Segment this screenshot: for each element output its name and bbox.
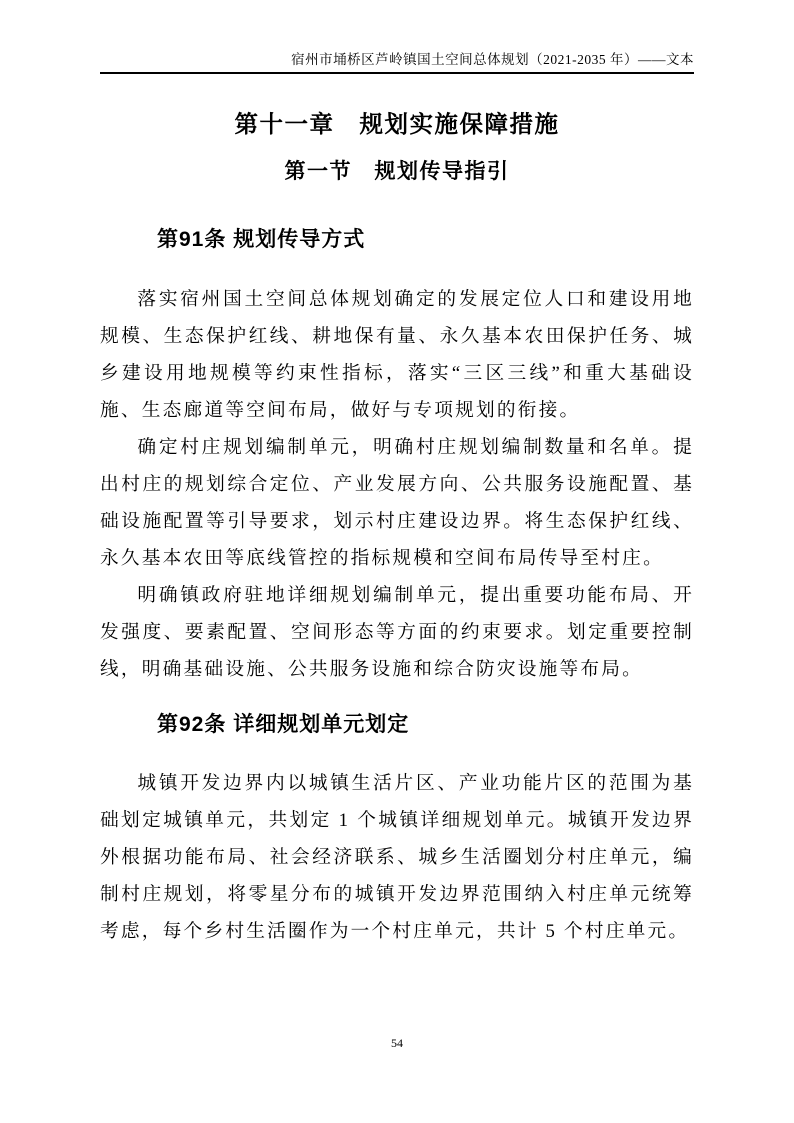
document-page: 宿州市埇桥区芦岭镇国土空间总体规划（2021-2035 年）——文本 第十一章 …	[0, 0, 794, 1123]
article-91-paragraph-1: 落实宿州国土空间总体规划确定的发展定位人口和建设用地规模、生态保护红线、耕地保有…	[100, 281, 694, 429]
article-91-body: 落实宿州国土空间总体规划确定的发展定位人口和建设用地规模、生态保护红线、耕地保有…	[100, 281, 694, 688]
article-92-body: 城镇开发边界内以城镇生活片区、产业功能片区的范围为基础划定城镇单元，共划定 1 …	[100, 765, 694, 950]
article-92-paragraph-1: 城镇开发边界内以城镇生活片区、产业功能片区的范围为基础划定城镇单元，共划定 1 …	[100, 765, 694, 950]
section-title: 第一节 规划传导指引	[0, 159, 794, 184]
article-91-paragraph-2: 确定村庄规划编制单元，明确村庄规划编制数量和名单。提出村庄的规划综合定位、产业发…	[100, 429, 694, 577]
page-header: 宿州市埇桥区芦岭镇国土空间总体规划（2021-2035 年）——文本	[100, 0, 694, 74]
page-number: 54	[0, 1036, 794, 1051]
chapter-title: 第十一章 规划实施保障措施	[0, 110, 794, 138]
article-92-heading: 第92条 详细规划单元划定	[100, 712, 694, 737]
article-91-paragraph-3: 明确镇政府驻地详细规划编制单元，提出重要功能布局、开发强度、要素配置、空间形态等…	[100, 577, 694, 688]
header-title: 宿州市埇桥区芦岭镇国土空间总体规划（2021-2035 年）——文本	[291, 52, 694, 67]
article-91-heading: 第91条 规划传导方式	[100, 227, 694, 252]
